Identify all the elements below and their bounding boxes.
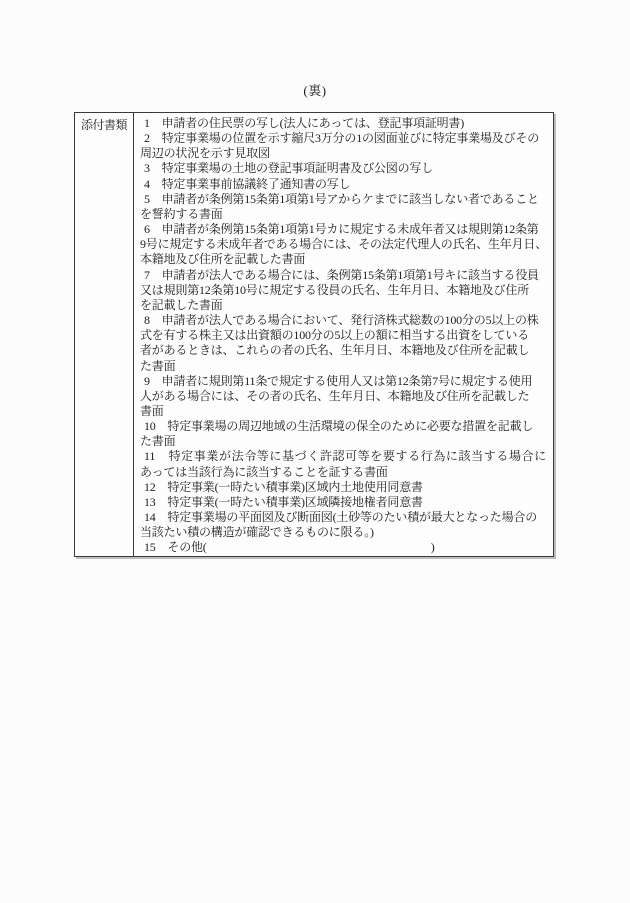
attachments-row-label-cell: 添付書類 [75,113,134,557]
attachment-item-4: 4 特定事業事前協議終了通知書の写し [140,177,546,192]
attachment-item-11: 11 特定事業が法令等に基づく許認可等を要する行為に該当する場合にあっては当該行… [140,449,546,479]
attachment-item-13: 13 特定事業(一時たい積事業)区域隣接地権者同意書 [140,495,546,510]
attachment-item-line-first: 10 特定事業場の周辺地域の生活環境の保全のために必要な措置を記載し [144,419,546,434]
attachment-item-line-cont: た書面 [140,434,546,449]
attachment-item-line-cont: 式を有する株主又は出資額の100分の5以上の額に相当する出資をしている [140,328,546,343]
attachment-item-line-first: 1 申請者の住民票の写し(法人にあっては、登記事項証明書) [144,116,546,131]
attachment-item-line-cont: 者があるときは、これらの者の氏名、生年月日、本籍地及び住所を記載し [140,343,546,358]
attachment-item-line-cont: を記載した書面 [140,298,546,313]
attachment-item-6: 6 申請者が条例第15条第1項第1号カに規定する未成年者又は規則第12条第9号に… [140,222,546,267]
attachment-item-10: 10 特定事業場の周辺地域の生活環境の保全のために必要な措置を記載した書面 [140,419,546,449]
attachment-item-line-first: 5 申請者が条例第15条第1項第1号アからケまでに該当しない者であること [144,192,546,207]
attachment-item-line-first: 2 特定事業場の位置を示す縮尺3万分の1の図面並びに特定事業場及びその [144,131,546,146]
attachment-item-line-first: 4 特定事業事前協議終了通知書の写し [144,177,546,192]
attachment-item-line-cont: 9号に規定する未成年者である場合には、その法定代理人の氏名、生年月日、 [140,237,546,252]
attachment-item-line-cont: 人がある場合には、その者の氏名、生年月日、本籍地及び住所を記載した [140,389,546,404]
attachment-item-line-first: 14 特定事業場の平面図及び断面図(土砂等のたい積が最大となった場合の [144,510,546,525]
attachments-row-label: 添付書類 [81,118,127,132]
attachment-item-line-first: 13 特定事業(一時たい積事業)区域隣接地権者同意書 [144,495,546,510]
page-side-label: (裏) [0,80,630,99]
attachment-item-line-cont: 本籍地及び住所を記載した書面 [140,252,546,267]
attachment-item-line-cont: 当該たい積の構造が確認できるものに限る。) [140,525,546,540]
attachment-item-5: 5 申請者が条例第15条第1項第1号アからケまでに該当しない者であることを誓約す… [140,192,546,222]
attachment-item-line-cont: た書面 [140,359,546,374]
attachment-item-line-cont: あっては当該行為に該当することを証する書面 [140,465,546,480]
attachment-item-line-first: 9 申請者に規則第11条で規定する使用人又は第12条第7号に規定する使用 [144,374,546,389]
attachment-item-12: 12 特定事業(一時たい積事業)区域内土地使用同意書 [140,480,546,495]
attachment-item-line-first: 8 申請者が法人である場合において、発行済株式総数の100分の5以上の株 [144,313,546,328]
attachment-item-line-first: 3 特定事業場の土地の登記事項証明書及び公図の写し [144,161,546,176]
attachment-item-line-cont: を誓約する書面 [140,207,546,222]
attachment-item-line-cont: 書面 [140,404,546,419]
attachments-row: 添付書類 1 申請者の住民票の写し(法人にあっては、登記事項証明書)2 特定事業… [75,113,554,557]
attachment-item-line-first: 12 特定事業(一時たい積事業)区域内土地使用同意書 [144,480,546,495]
attachment-item-line-cont: 周辺の状況を示す見取図 [140,146,546,161]
attachment-item-line-first: 15 その他( ) [144,540,546,555]
attachments-items-cell: 1 申請者の住民票の写し(法人にあっては、登記事項証明書)2 特定事業場の位置を… [134,113,554,557]
attachment-item-9: 9 申請者に規則第11条で規定する使用人又は第12条第7号に規定する使用人がある… [140,374,546,419]
attachment-item-line-first: 7 申請者が法人である場合には、条例第15条第1項第1号キに該当する役員 [144,268,546,283]
attachment-item-8: 8 申請者が法人である場合において、発行済株式総数の100分の5以上の株式を有す… [140,313,546,374]
attachments-table: 添付書類 1 申請者の住民票の写し(法人にあっては、登記事項証明書)2 特定事業… [74,112,554,557]
attachment-item-2: 2 特定事業場の位置を示す縮尺3万分の1の図面並びに特定事業場及びその周辺の状況… [140,131,546,161]
attachment-item-line-cont: 又は規則第12条第10号に規定する役員の氏名、生年月日、本籍地及び住所 [140,283,546,298]
attachment-item-14: 14 特定事業場の平面図及び断面図(土砂等のたい積が最大となった場合の当該たい積… [140,510,546,540]
attachment-item-line-first: 6 申請者が条例第15条第1項第1号カに規定する未成年者又は規則第12条第 [144,222,546,237]
attachment-item-1: 1 申請者の住民票の写し(法人にあっては、登記事項証明書) [140,116,546,131]
attachment-item-line-first: 11 特定事業が法令等に基づく許認可等を要する行為に該当する場合に [144,449,546,464]
attachment-item-3: 3 特定事業場の土地の登記事項証明書及び公図の写し [140,161,546,176]
attachment-item-15: 15 その他( ) [140,540,546,555]
attachment-item-7: 7 申請者が法人である場合には、条例第15条第1項第1号キに該当する役員又は規則… [140,268,546,313]
